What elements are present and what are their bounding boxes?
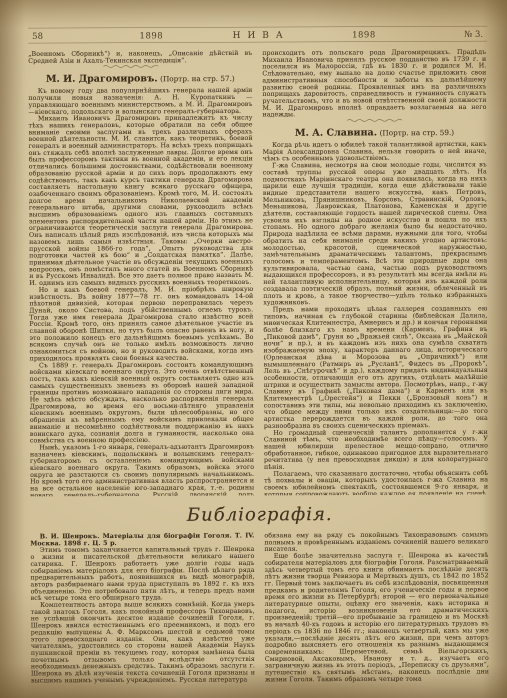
article-subtitle: (Портр. на стр. 57.) xyxy=(160,75,235,83)
article-continuation-paragraph: происходитъ отъ польскаго рода Драгомире… xyxy=(262,48,486,117)
masthead: НИВА xyxy=(226,30,290,41)
left-column: „Военномъ Сборникѣ“) и, наконецъ, „Описа… xyxy=(28,49,254,496)
right-column: происходитъ отъ польскаго рода Драгомире… xyxy=(262,48,488,495)
issue-number: № 3. xyxy=(438,29,483,39)
article-paragraph: Когда рѣчь идетъ о юбилеѣ такой талантли… xyxy=(263,140,487,162)
article-paragraph: Михаилъ Ивановичъ Драгомировъ принадлежи… xyxy=(29,114,254,286)
page-number: 58 xyxy=(32,31,77,41)
magazine-page-scan: 58 1898 НИВА 1898 № 3. „Военномъ Сборник… xyxy=(0,0,507,698)
article-heading-slavina: М. А. Славина. (Портр. на стр. 59.) xyxy=(263,126,487,138)
bibliography-paragraph: Компетентность автора выше всякихъ сомнѣ… xyxy=(31,600,255,683)
article-paragraph: Предъ нами проходитъ цѣлая галлерея созд… xyxy=(263,305,488,429)
article-paragraph: Г-жа Славина, несмотря на свои молодые г… xyxy=(263,161,488,306)
bibliography-continuation-paragraph: обязана ему на ряду съ покойнымъ Тихонра… xyxy=(264,531,488,553)
bibliography-heading: Библіографія. xyxy=(30,503,489,526)
bibliography-paragraph: Еще болѣе значительна заслуга г. Шенрока… xyxy=(264,551,489,682)
article-paragraph: Съ 1889 г. генералъ Драгомировъ состоитъ… xyxy=(30,361,254,444)
article-title: М. И. Драгомировъ. xyxy=(46,73,158,84)
bibliography-paragraph: Этимъ томомъ заканчивается капитальный т… xyxy=(30,546,254,602)
squiggle-divider-icon xyxy=(103,65,158,69)
article-paragraph: Къ новому году два популярнѣйшихъ генера… xyxy=(28,87,252,115)
article-paragraph: Нынѣ, указомъ 1-го января, генералъ-адъю… xyxy=(30,443,254,496)
article-subtitle: (Портр. на стр. 59.) xyxy=(380,129,455,137)
article-heading-dragomirov: М. И. Драгомировъ. (Портр. на стр. 57.) xyxy=(28,73,252,85)
article-paragraph: Полагаемъ, что сказаннаго достаточно, чт… xyxy=(264,469,488,495)
article-paragraph: Но и какъ боевой генералъ, М. И. пріобрѣ… xyxy=(29,285,253,361)
header-year-left: 1898 xyxy=(121,31,181,41)
bibliography-columns: В. И. Шенрокъ. Матеріалы для біографіи Г… xyxy=(30,531,490,687)
article-paragraph: Но громадный сценическій талантъ дополня… xyxy=(264,428,488,470)
intro-continuation-paragraph: „Военномъ Сборникѣ“) и, наконецъ, „Описа… xyxy=(28,49,252,64)
article-columns: „Военномъ Сборникѣ“) и, наконецъ, „Описа… xyxy=(28,48,489,496)
article-title: М. А. Славина. xyxy=(295,127,377,138)
bibliography-left-column: В. И. Шенрокъ. Матеріалы для біографіи Г… xyxy=(30,532,255,687)
header-year-right: 1898 xyxy=(334,30,394,40)
bibliography-right-column: обязана ему на ряду съ покойнымъ Тихонра… xyxy=(264,531,489,686)
squiggle-divider-icon xyxy=(347,118,402,122)
